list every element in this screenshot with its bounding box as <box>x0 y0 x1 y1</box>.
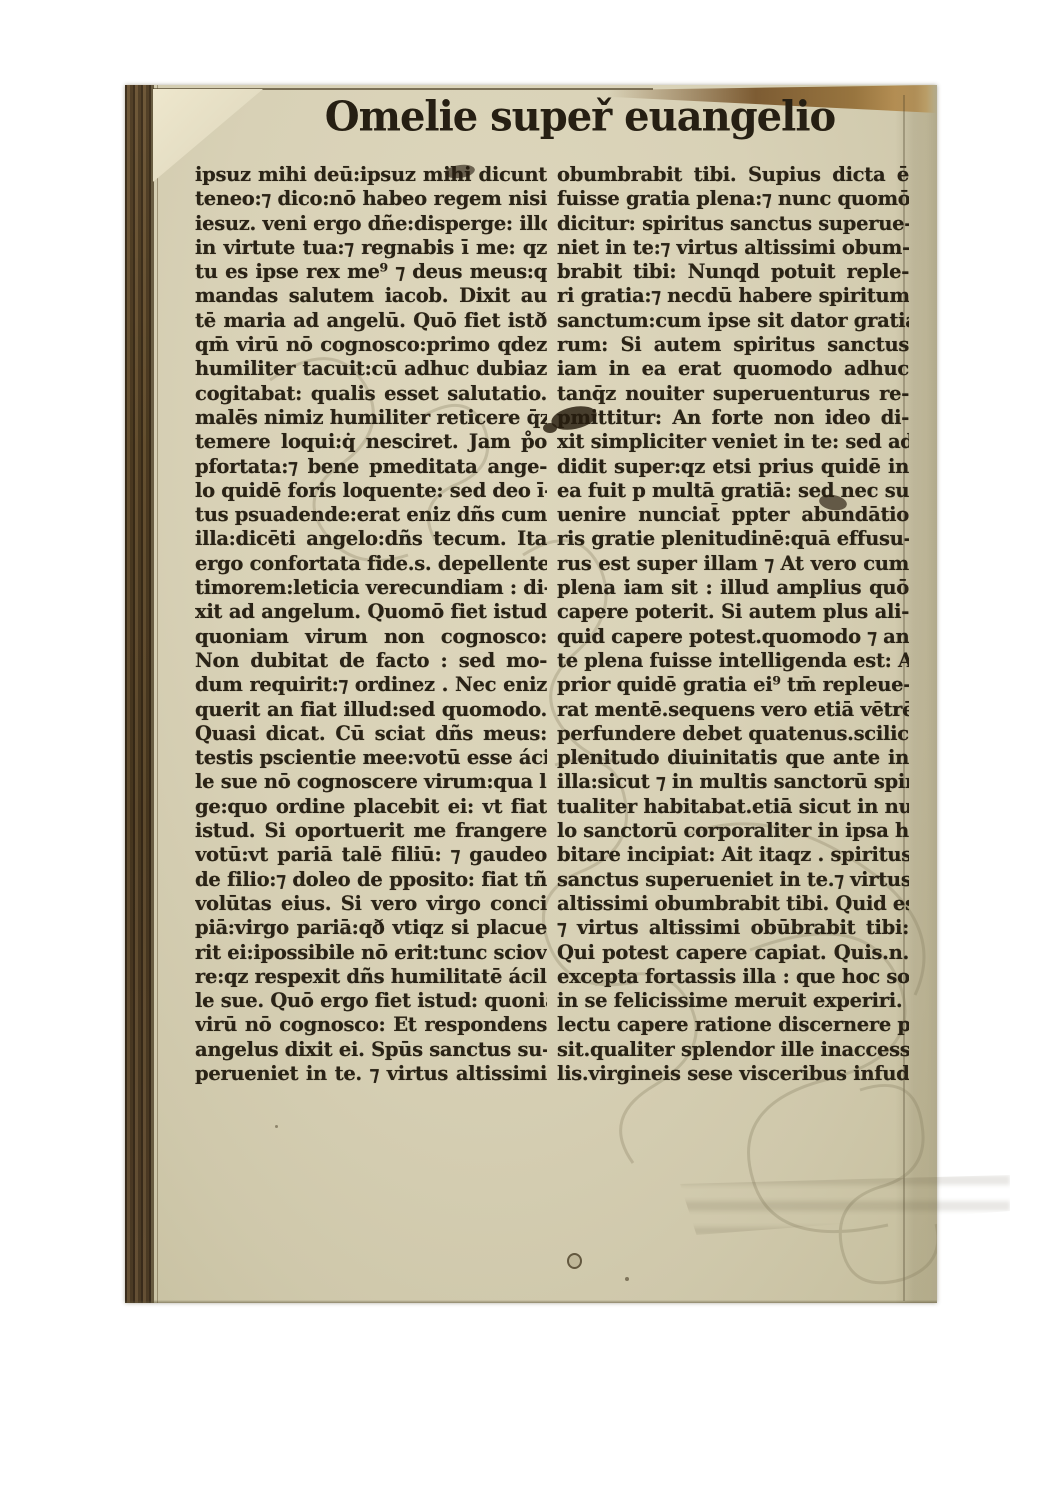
text-line: volūtas eius. Si vero virgo conci <box>195 892 547 916</box>
text-line: iesuz. veni ergo dñe:disperge: illos <box>195 212 547 236</box>
text-line: tu es ipse rex me⁹ ⁊ deus meus:q <box>195 260 547 284</box>
text-line: perueniet in te. ⁊ virtus altissimi <box>195 1062 547 1086</box>
text-line: fuisse gratia plena:⁊ nunc quomō <box>557 187 909 211</box>
text-line: in se felicissime meruit experiri. itel <box>557 989 909 1013</box>
text-line: sanctum:cum ipse sit dator gratia <box>557 309 909 333</box>
book-binding <box>125 85 151 1303</box>
text-line: sit.qualiter splendor ille inaccessibi <box>557 1038 909 1062</box>
text-line: temere loqui:q̇ nesciret. Jam p̊o <box>195 430 547 454</box>
text-line: Qui potest capere capiat. Quis.n. <box>557 941 909 965</box>
text-line: lo sanctorū corporaliter in ipsa ha <box>557 819 909 843</box>
text-line: ge:quo ordine placebit ei: vt fiat <box>195 795 547 819</box>
page-title: Omelie supeř euangelio <box>195 92 965 148</box>
text-line: didit super:qz etsi prius quidē in <box>557 455 909 479</box>
text-line: ergo confortata fide.s. depellente <box>195 552 547 576</box>
text-line: xit simpliciter veniet in te: sed ad- <box>557 430 909 454</box>
text-line: perfundere debet quatenus.scilicz <box>557 722 909 746</box>
text-line: le sue nō cognoscere virum:qua le <box>195 770 547 794</box>
text-line: plena iam sit : illud amplius quō <box>557 576 909 600</box>
text-line: prior quidē gratia ei⁹ tm̄ repleue- <box>557 673 909 697</box>
text-line: rit ei:ipossibile nō erit:tunc sciove <box>195 941 547 965</box>
text-line: lo quidē foris loquente: sed deo ī- <box>195 479 547 503</box>
text-line: qm̄ virū nō cognosco:primo qdez <box>195 333 547 357</box>
text-column-left: ipsuz mihi deū:ipsuz mihi dicuntteneo:⁊ … <box>195 163 547 1086</box>
text-line: teneo:⁊ dico:nō habeo regem nisi <box>195 187 547 211</box>
text-line: ea fuit p multā gratiā: sed nec sup <box>557 479 909 503</box>
text-line: lectu capere ratione discernere pos <box>557 1013 909 1037</box>
text-line: rat mentē.sequens vero etiā vētrē <box>557 698 909 722</box>
text-line: quid capere potest.quomodo ⁊ an <box>557 625 909 649</box>
text-line: votū:vt pariā talē filiū: ⁊ gaudeo <box>195 843 547 867</box>
text-line: bitare incipiat: Ait itaqz . spiritus <box>557 843 909 867</box>
text-line: plenitudo diuinitatis que ante in <box>557 746 909 770</box>
text-line: tus psuadende:erat eniz dñs cum <box>195 503 547 527</box>
text-line: ipsuz mihi deū:ipsuz mihi dicunt <box>195 163 547 187</box>
text-line: rum: Si autem spiritus sanctus <box>557 333 909 357</box>
text-line: istud. Si oportuerit me frangere <box>195 819 547 843</box>
text-line: capere poterit. Si autem plus ali- <box>557 600 909 624</box>
text-line: dicitur: spiritus sanctus superue- <box>557 212 909 236</box>
text-column-right: obumbrabit tibi. Supius dicta ēfuisse gr… <box>557 163 909 1086</box>
text-line: tualiter habitabat.etiā sicut in nul <box>557 795 909 819</box>
text-line: piā:virgo pariā:qð vtiqz si placue <box>195 916 547 940</box>
text-line: brabit tibi: Nunqd potuit reple- <box>557 260 909 284</box>
text-line: uenire nunciat̄ ppter abundātio <box>557 503 909 527</box>
text-line: sanctus superueniet in te.⁊ virtus <box>557 868 909 892</box>
text-line: altissimi obumbrabit tibi. Quid est <box>557 892 909 916</box>
text-line: iam in ea erat quomodo adhuc <box>557 357 909 381</box>
text-line: tē maria ad angelū. Quō fiet istð <box>195 309 547 333</box>
text-line: re:qz respexit dñs humilitatē ácil- <box>195 965 547 989</box>
text-line: Quasi dicat. Cū sciat dñs meus: <box>195 722 547 746</box>
page-edge-line <box>157 85 158 1303</box>
ink-blot <box>543 423 557 433</box>
text-line: pfortata:⁊ bene pmeditata ange- <box>195 455 547 479</box>
page-bottom-edge <box>125 1300 937 1303</box>
wormhole-mark <box>567 1253 582 1269</box>
text-line: illa:sicut ⁊ in multis sanctorū spiri <box>557 770 909 794</box>
paper-speck <box>625 1277 629 1281</box>
text-line: te plena fuisse intelligenda est: An <box>557 649 909 673</box>
text-line: pmittitur: An forte non ideo di- <box>557 406 909 430</box>
text-line: cogitabat: qualis esset salutatio. <box>195 382 547 406</box>
text-line: mandas salutem iacob. Dixit au <box>195 284 547 308</box>
text-line: ri gratia:⁊ necdū habere spiritum <box>557 284 909 308</box>
text-line: le sue. Quō ergo fiet istud: quoniā <box>195 989 547 1013</box>
text-line: testis pscientie mee:votū esse ácil- <box>195 746 547 770</box>
text-line: angelus dixit ei. Spūs sanctus su- <box>195 1038 547 1062</box>
screenshot-canvas: Omelie supeř euangelio ipsuz mihi deū:ip… <box>0 0 1060 1500</box>
text-line: querit an fiat illud:sed quomodo. <box>195 698 547 722</box>
text-line: quoniam virum non cognosco: <box>195 625 547 649</box>
text-line: humiliter tacuit:cū adhuc dubiaz <box>195 357 547 381</box>
text-line: niet in te:⁊ virtus altissimi obum- <box>557 236 909 260</box>
text-line: Non dubitat de facto : sed mo- <box>195 649 547 673</box>
text-line: in virtute tua:⁊ regnabis ī me: qz <box>195 236 547 260</box>
text-line: timorem:leticia verecundiam : di- <box>195 576 547 600</box>
paper-speck <box>275 1125 278 1128</box>
text-line: rus est super illam ⁊ At vero cum <box>557 552 909 576</box>
text-line: de filio:⁊ doleo de pposito: fiat tñ <box>195 868 547 892</box>
text-line: ris gratie plenitudinē:quā effusu- <box>557 527 909 551</box>
text-line: virū nō cognosco: Et respondens <box>195 1013 547 1037</box>
page-edge-line <box>151 85 154 1303</box>
text-line: illa:dicēti angelo:dñs tecum. Ita <box>195 527 547 551</box>
verso-showthrough <box>680 1175 1010 1235</box>
text-line: xit ad angelum. Quomō fiet istud <box>195 600 547 624</box>
text-line: obumbrabit tibi. Supius dicta ē <box>557 163 909 187</box>
text-line: dum requirit:⁊ ordinez . Nec eniz <box>195 673 547 697</box>
text-line: malēs nimiz humiliter reticere q̄z <box>195 406 547 430</box>
text-line: ⁊ virtus altissimi obūbrabit tibi: <box>557 916 909 940</box>
text-line: excepta fortassis illa : que hoc sola <box>557 965 909 989</box>
text-line: tanq̄z nouiter superuenturus re- <box>557 382 909 406</box>
text-line: lis.virgineis sese visceribus infude <box>557 1062 909 1086</box>
scanned-page: Omelie supeř euangelio ipsuz mihi deū:ip… <box>125 85 937 1303</box>
